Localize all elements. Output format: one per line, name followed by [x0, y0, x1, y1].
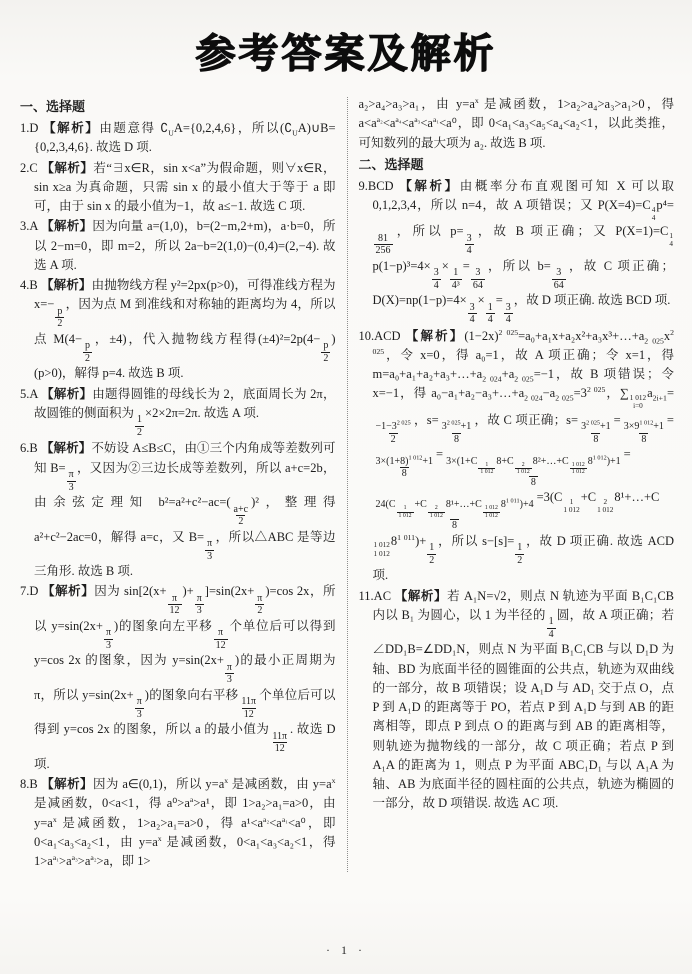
- inline-fraction: 34: [504, 302, 513, 326]
- left-column: 一、选择题1.D 【解析】由题意得 ∁UA={0,2,4,6}，所以(∁UA)∪…: [20, 95, 336, 872]
- inline-fraction: 3×(1+C11 0128+C21 0128²+…+C1 0121 01281 …: [444, 456, 623, 489]
- inline-fraction: 14³: [450, 267, 462, 291]
- solution-item: 5.A 【解析】由题得圆锥的母线长为 2，底面周长为 2π，故圆锥的侧面积为12…: [20, 385, 336, 439]
- section-heading: 一、选择题: [20, 97, 336, 117]
- inline-fraction: 34: [465, 233, 474, 257]
- stacked-script: 11 012: [478, 462, 495, 476]
- solution-item: 1.D 【解析】由题意得 ∁UA={0,2,4,6}，所以(∁UA)∪B={0,…: [20, 119, 336, 158]
- inline-fraction: 3×(1+8)1 012+18: [374, 456, 436, 480]
- inline-fraction: π3: [225, 662, 234, 686]
- stacked-script: 1 0121 012: [570, 462, 587, 476]
- inline-fraction: 3×91 012+18: [622, 421, 666, 445]
- stacked-script: 21 012: [597, 498, 613, 515]
- inline-fraction: 11π12: [270, 731, 289, 755]
- solution-item: 3.A 【解析】因为向量 a=(1,0)，b=(2−m,2+m)，a·b=0，所…: [20, 217, 336, 275]
- stacked-script: 1 0121 012: [374, 541, 390, 558]
- inline-fraction: π2: [255, 593, 264, 617]
- inline-fraction: π3: [104, 627, 113, 651]
- page-title: 参考答案及解析: [0, 0, 692, 79]
- solution-item: 8.B 【解析】因为 a∈(0,1)，所以 y=ax 是减函数，由 y=ax 是…: [20, 775, 336, 871]
- inline-fraction: 24(C11 012+C21 0128¹+…+C1 0121 01281 011…: [374, 499, 536, 532]
- answer-sheet-page: 参考答案及解析 一、选择题1.D 【解析】由题意得 ∁UA={0,2,4,6}，…: [0, 0, 692, 974]
- inline-fraction: p2: [321, 340, 330, 364]
- inline-fraction: 32 025+18: [579, 421, 613, 445]
- inline-fraction: 14: [486, 302, 495, 326]
- inline-fraction: p2: [83, 340, 92, 364]
- solution-item: a₂>a₄>a₃>a₁，由 y=ax 是减函数，1>a₂>a₄>a₃>a₁>0，…: [359, 95, 675, 153]
- inline-fraction: π12: [168, 593, 182, 617]
- column-divider: [347, 97, 348, 872]
- stacked-script: 11 012: [397, 505, 414, 519]
- stacked-script: 1 012i=0: [630, 394, 646, 411]
- solution-item: 10.ACD 【解析】(1−2x)2 025=a₀+a₁x+a₂x²+a₃x³+…: [359, 327, 675, 586]
- inline-fraction: 14: [547, 616, 556, 640]
- inline-fraction: 32 025+18: [440, 421, 474, 445]
- section-heading: 二、选择题: [359, 155, 675, 175]
- stacked-script: 14: [669, 232, 673, 249]
- stacked-script: 21 012: [515, 462, 532, 476]
- solution-item: 11.AC 【解析】若 A₁N=√2，则点 N 轨迹为平面 B₁C₁CB 内以 …: [359, 587, 675, 814]
- solution-item: 4.B 【解析】由抛物线方程 y²=2px(p>0)，可得准线方程为 x=−p2…: [20, 276, 336, 384]
- solution-item: 9.BCD 【解析】由概率分布直观图可知 X 可以取 0,1,2,3,4，所以 …: [359, 177, 675, 326]
- inline-fraction: a+c2: [232, 504, 251, 528]
- inline-fraction: π3: [195, 593, 204, 617]
- inline-fraction: 364: [552, 267, 566, 291]
- right-column: a₂>a₄>a₃>a₁，由 y=ax 是减函数，1>a₂>a₄>a₃>a₁>0，…: [359, 95, 675, 872]
- two-column-layout: 一、选择题1.D 【解析】由题意得 ∁UA={0,2,4,6}，所以(∁UA)∪…: [0, 79, 692, 872]
- stacked-script: 1 0121 012: [483, 505, 500, 519]
- solution-item: 7.D 【解析】因为 sin[2(x+π12)+π3]=sin(2x+π2)=c…: [20, 582, 336, 774]
- inline-fraction: 34: [432, 267, 441, 291]
- inline-fraction: 364: [471, 267, 485, 291]
- inline-fraction: 12: [515, 542, 524, 566]
- inline-fraction: −1−32 0252: [374, 421, 413, 445]
- inline-fraction: 12: [427, 542, 436, 566]
- inline-fraction: π3: [205, 538, 214, 562]
- solution-item: 2.C 【解析】若“∃x∈R，sin x<a”为假命题，则∀x∈R，sin x≥…: [20, 159, 336, 217]
- stacked-script: 11 012: [563, 498, 579, 515]
- page-number: · 1 ·: [0, 943, 692, 958]
- inline-fraction: π3: [67, 469, 76, 493]
- inline-fraction: 12: [135, 414, 144, 438]
- inline-fraction: p2: [55, 306, 64, 330]
- inline-fraction: 81256: [374, 233, 393, 257]
- stacked-script: 44: [652, 206, 656, 223]
- inline-fraction: π3: [135, 696, 144, 720]
- inline-fraction: 34: [468, 302, 477, 326]
- inline-fraction: π12: [214, 627, 228, 651]
- inline-fraction: 11π12: [239, 696, 258, 720]
- solution-item: 6.B 【解析】不妨设 A≤B≤C，由①三个内角成等差数列可知 B=π3，又因为…: [20, 439, 336, 581]
- stacked-script: 21 012: [428, 505, 445, 519]
